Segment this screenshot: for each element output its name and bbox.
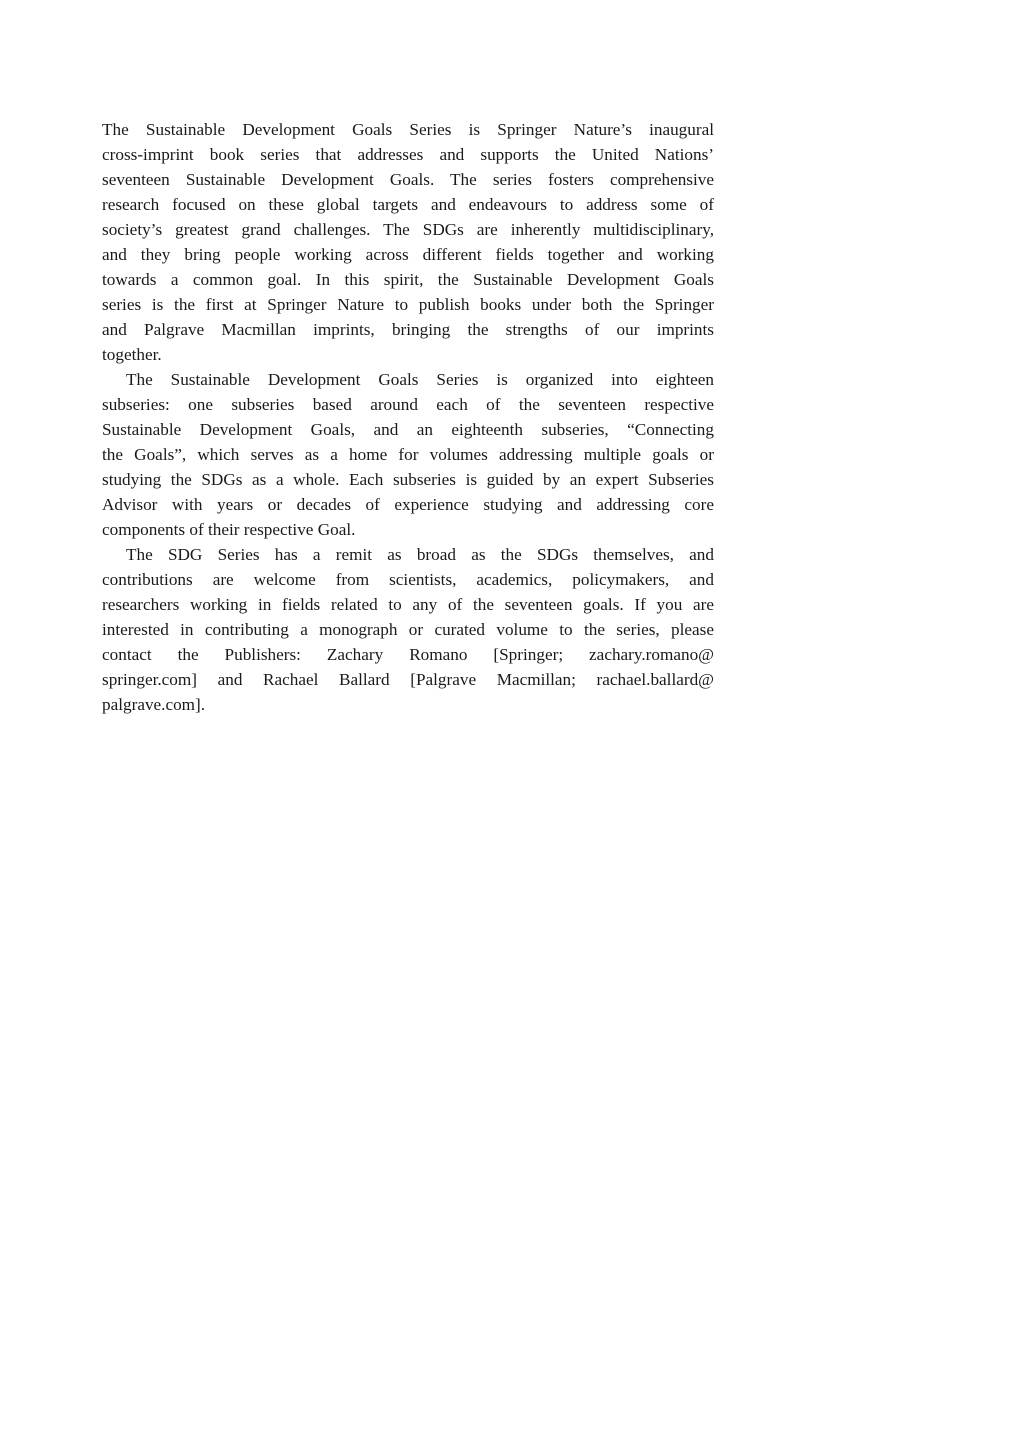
text-line: The Sustainable Development Goals Series… — [102, 117, 714, 142]
paragraph-series-intro: The Sustainable Development Goals Series… — [102, 117, 714, 367]
text-line: components of their respective Goal. — [102, 517, 714, 542]
text-line: cross-imprint book series that addresses… — [102, 142, 714, 167]
text-line: Sustainable Development Goals, and an ei… — [102, 417, 714, 442]
text-line: together. — [102, 342, 714, 367]
text-line: palgrave.com]. — [102, 692, 714, 717]
text-line: contact the Publishers: Zachary Romano [… — [102, 642, 714, 667]
paragraph-subseries: The Sustainable Development Goals Series… — [102, 367, 714, 542]
text-line: seventeen Sustainable Development Goals.… — [102, 167, 714, 192]
text-line: researchers working in fields related to… — [102, 592, 714, 617]
text-line: studying the SDGs as a whole. Each subse… — [102, 467, 714, 492]
text-line: and Palgrave Macmillan imprints, bringin… — [102, 317, 714, 342]
body-text: The Sustainable Development Goals Series… — [102, 117, 714, 717]
text-line: The SDG Series has a remit as broad as t… — [102, 542, 714, 567]
text-line: society’s greatest grand challenges. The… — [102, 217, 714, 242]
text-line: and they bring people working across dif… — [102, 242, 714, 267]
text-line: contributions are welcome from scientist… — [102, 567, 714, 592]
text-line: Advisor with years or decades of experie… — [102, 492, 714, 517]
text-line: series is the first at Springer Nature t… — [102, 292, 714, 317]
paragraph-contributions: The SDG Series has a remit as broad as t… — [102, 542, 714, 717]
text-line: springer.com] and Rachael Ballard [Palgr… — [102, 667, 714, 692]
text-line: research focused on these global targets… — [102, 192, 714, 217]
text-line: towards a common goal. In this spirit, t… — [102, 267, 714, 292]
text-line: interested in contributing a monograph o… — [102, 617, 714, 642]
text-line: subseries: one subseries based around ea… — [102, 392, 714, 417]
document-page: The Sustainable Development Goals Series… — [0, 0, 1009, 1440]
text-line: the Goals”, which serves as a home for v… — [102, 442, 714, 467]
text-line: The Sustainable Development Goals Series… — [102, 367, 714, 392]
